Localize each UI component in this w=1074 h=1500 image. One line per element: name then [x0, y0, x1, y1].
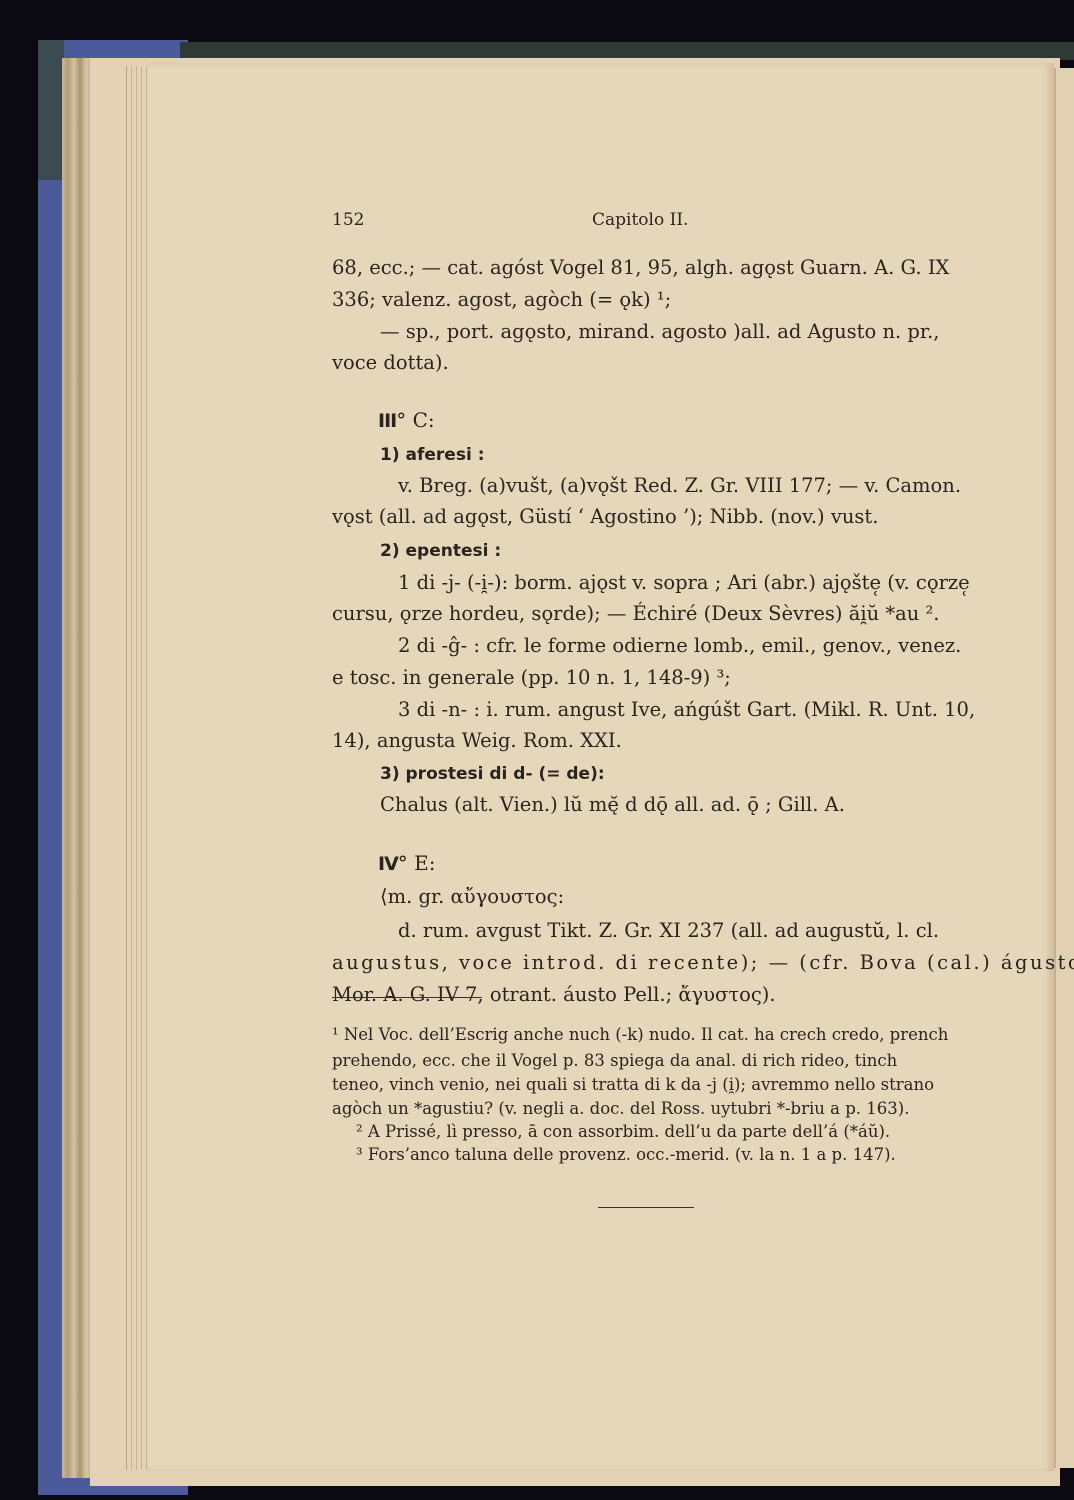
text-line: vǫst (all. ad agǫst, Güstí ‘ Agostino ’)…: [332, 503, 878, 531]
text-line: cursu, ǫrze hordeu, sǫrde); — Échiré (De…: [332, 600, 940, 628]
text-line: 336; valenz. agost, agòch (= ǫk) ¹;: [332, 286, 671, 314]
subheading-epentesi: 2) epentesi :: [380, 536, 501, 565]
page-stack-edge: [62, 58, 92, 1478]
footnote-1-cont: agòch un *agustiu? (v. negli a. doc. del…: [332, 1098, 909, 1120]
section-heading-iv: IV° E:: [378, 851, 435, 875]
footnote-2: ² A Prissé, lì presso, ā con assorbim. d…: [356, 1121, 890, 1143]
section-numeral: IV: [378, 853, 398, 875]
book-cover-corner: [38, 40, 64, 180]
text-line: Mor. A. G. IV 7, otrant. áusto Pell.; ἄγ…: [332, 981, 776, 1009]
text-line: voce dotta).: [332, 349, 449, 377]
leaf-edges: [126, 66, 150, 1470]
subheading-prostesi: 3) prostesi di d- (= de):: [380, 759, 605, 788]
text-line: v. Breg. (a)vušt, (a)vǫšt Red. Z. Gr. VI…: [398, 472, 961, 500]
subheading-aferesi: 1) aferesi :: [380, 440, 485, 469]
footnote-1: ¹ Nel Voc. dell’Escrig anche nuch (-k) n…: [332, 1024, 948, 1046]
text-line: 2 di -ĝ- : cfr. le forme odierne lomb., …: [398, 632, 961, 660]
section-label: ° C:: [396, 408, 434, 432]
text-line: 68, ecc.; — cat. agóst Vogel 81, 95, alg…: [332, 254, 949, 282]
section-numeral: III: [378, 410, 396, 432]
text-line: 1 di -j- (-i̯-): borm. ajǫst v. sopra ; …: [398, 569, 970, 597]
text-line: augustus, voce introd. di recente); — (c…: [332, 949, 1074, 977]
facing-page-edge: [1054, 68, 1074, 1468]
page-number: 152: [332, 210, 364, 230]
text-line: — sp., port. agǫsto, mirand. agosto )all…: [380, 318, 939, 346]
footnote-rule: [332, 997, 482, 998]
footnote-1-cont: teneo, vinch venio, nei quali si tratta …: [332, 1074, 934, 1096]
footnote-1-cont: prehendo, ecc. che il Vogel p. 83 spiega…: [332, 1050, 897, 1072]
end-rule: [598, 1207, 694, 1208]
running-head: 152 Capitolo II.: [332, 210, 956, 234]
section-label: ° E:: [398, 851, 436, 875]
section-heading-iii: III° C:: [378, 408, 435, 432]
footnote-3: ³ Fors’anco taluna delle provenz. occ.-m…: [356, 1144, 896, 1166]
text-line: d. rum. avgust Tikt. Z. Gr. XI 237 (all.…: [398, 917, 939, 945]
text-line: e tosc. in generale (pp. 10 n. 1, 148-9)…: [332, 664, 731, 692]
text-line: ⟨m. gr. αὔγουστος:: [380, 883, 564, 911]
text-line: Chalus (alt. Vien.) lŭ mę̆ d dǭ all. ad.…: [380, 791, 845, 819]
text-line: 14), angusta Weig. Rom. XXI.: [332, 727, 622, 755]
chapter-title: Capitolo II.: [592, 210, 688, 230]
text-line: 3 di -n- : i. rum. angust Ive, ańgúšt Ga…: [398, 696, 975, 724]
